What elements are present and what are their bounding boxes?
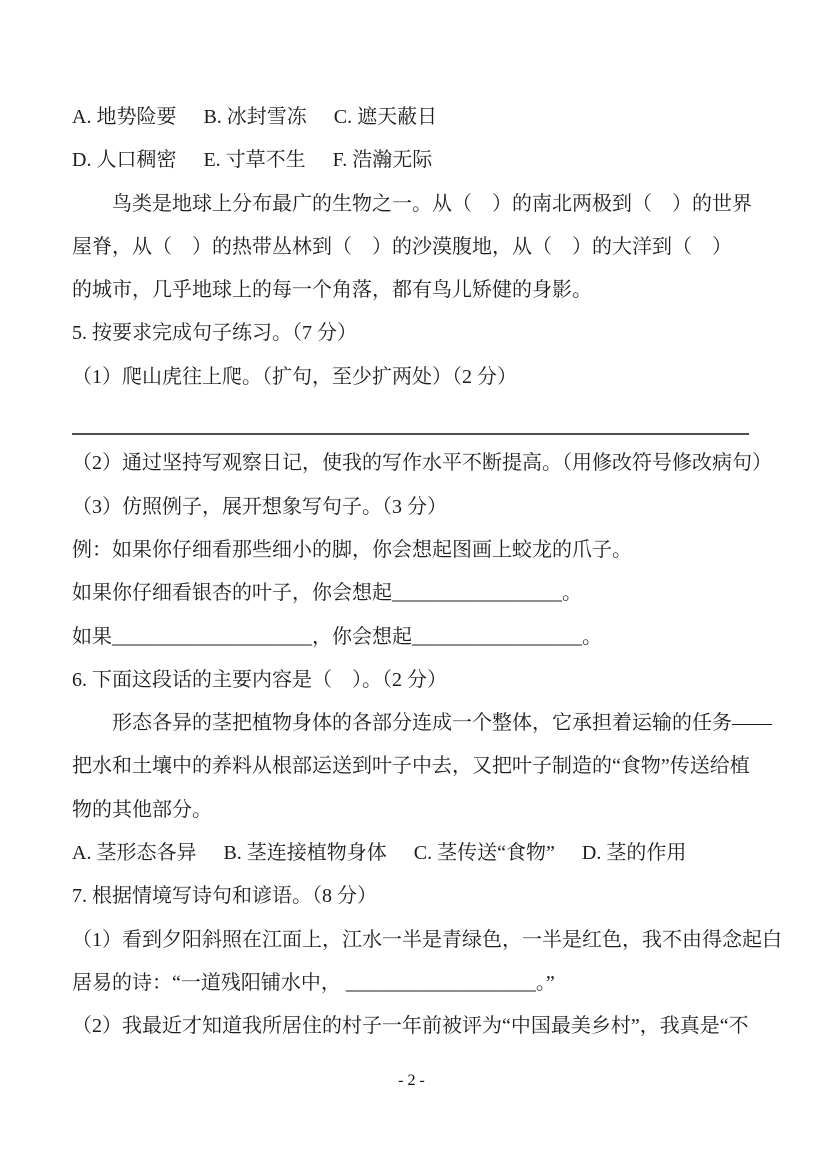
passage-stem-line-3: 物的其他部分。 (72, 789, 751, 832)
option-item: A. 茎形态各异 (72, 832, 196, 875)
question-5-item-1: （1）爬山虎往上爬。（扩句，至少扩两处）（2 分） (72, 356, 751, 399)
document-body: A. 地势险要B. 冰封雪冻C. 遮天蔽日D. 人口稠密E. 寸草不生F. 浩瀚… (72, 96, 751, 1049)
option-item: F. 浩瀚无际 (333, 139, 433, 182)
option-item: C. 遮天蔽日 (334, 96, 437, 139)
answer-rule (72, 399, 751, 442)
option-row-location-words-2: D. 人口稠密E. 寸草不生F. 浩瀚无际 (72, 139, 751, 182)
question-7-item-1: （1）看到夕阳斜照在江面上，江水一半是青绿色，一半是红色，我不由得念起白 (72, 919, 751, 962)
passage-birds-line-1: 鸟类是地球上分布最广的生物之一。从（ ）的南北两极到（ ）的世界 (72, 183, 751, 226)
passage-birds-line-3: 的城市，几乎地球上的每一个角落，都有鸟儿矫健的身影。 (72, 269, 751, 312)
worksheet-page: A. 地势险要B. 冰封雪冻C. 遮天蔽日D. 人口稠密E. 寸草不生F. 浩瀚… (0, 0, 823, 1165)
question-7-item-2: （2）我最近才知道我所居住的村子一年前被评为“中国最美乡村”，我真是“不 (72, 1005, 751, 1048)
option-item: D. 茎的作用 (582, 832, 686, 875)
question-7-heading: 7. 根据情境写诗句和谚语。（8 分） (72, 875, 751, 918)
page-number: - 2 - (0, 1072, 823, 1090)
option-item: C. 茎传送“食物” (414, 832, 555, 875)
option-row-location-words-1: A. 地势险要B. 冰封雪冻C. 遮天蔽日 (72, 96, 751, 139)
option-item: B. 茎连接植物身体 (223, 832, 386, 875)
question-6-heading: 6. 下面这段话的主要内容是（ ）。（2 分） (72, 659, 751, 702)
option-row-question-6: A. 茎形态各异B. 茎连接植物身体C. 茎传送“食物”D. 茎的作用 (72, 832, 751, 875)
option-item: B. 冰封雪冻 (203, 96, 306, 139)
fill-in-sentence-1: 如果你仔细看银杏的叶子，你会想起_________________。 (72, 572, 751, 615)
question-5-item-3: （3）仿照例子，展开想象写句子。（3 分） (72, 486, 751, 529)
fill-in-sentence-2: 如果____________________，你会想起_____________… (72, 616, 751, 659)
answer-rule-line (72, 433, 749, 435)
option-item: A. 地势险要 (72, 96, 176, 139)
passage-stem-line-1: 形态各异的茎把植物身体的各部分连成一个整体，它承担着运输的任务—— (72, 702, 751, 745)
question-5-item-2: （2）通过坚持写观察日记，使我的写作水平不断提高。（用修改符号修改病句） (72, 442, 751, 485)
question-5-heading: 5. 按要求完成句子练习。（7 分） (72, 312, 751, 355)
example-sentence: 例：如果你仔细看那些细小的脚，你会想起图画上蛟龙的爪子。 (72, 529, 751, 572)
option-item: D. 人口稠密 (72, 139, 176, 182)
option-item: E. 寸草不生 (203, 139, 305, 182)
passage-birds-line-2: 屋脊，从（ ）的热带丛林到（ ）的沙漠腹地，从（ ）的大洋到（ ） (72, 226, 751, 269)
question-7-item-1-continued: 居易的诗：“一道残阳铺水中， ___________________。” (72, 962, 751, 1005)
passage-stem-line-2: 把水和土壤中的养料从根部运送到叶子中去，又把叶子制造的“食物”传送给植 (72, 745, 751, 788)
